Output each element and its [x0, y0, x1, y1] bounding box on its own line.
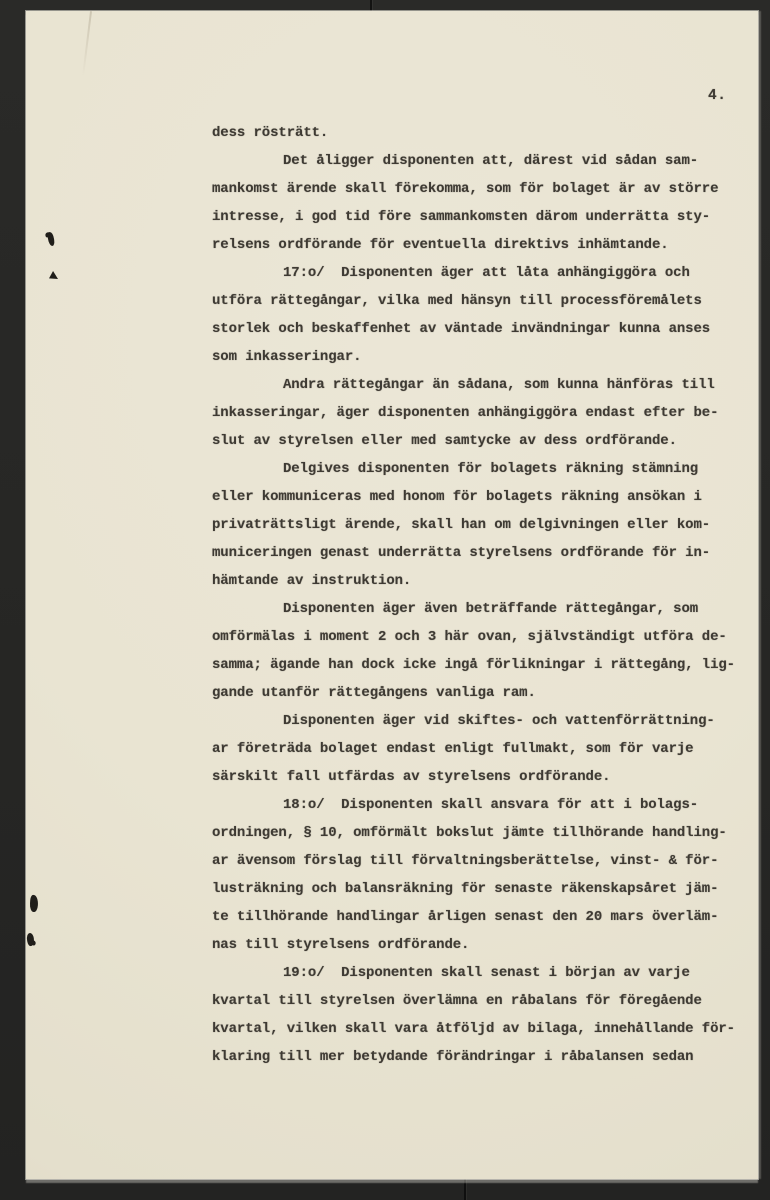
- typewritten-line: lusträkning och balansräkning för senast…: [212, 875, 734, 903]
- typewritten-line: mankomst ärende skall förekomma, som för…: [212, 175, 734, 203]
- margin-ink-mark: [29, 895, 38, 913]
- typewritten-line: nas till styrelsens ordförande.: [212, 931, 734, 959]
- typewritten-line: Disponenten äger vid skiftes- och vatten…: [212, 707, 734, 735]
- typewritten-line: 18:o/ Disponenten skall ansvara för att …: [212, 791, 734, 819]
- typewritten-line: Disponenten äger även beträffande rätteg…: [212, 595, 734, 623]
- typewritten-line: kvartal till styrelsen överlämna en råba…: [212, 987, 734, 1015]
- typewritten-line: slut av styrelsen eller med samtycke av …: [212, 427, 734, 455]
- typewritten-line: dess rösträtt.: [212, 119, 734, 147]
- typewritten-line: kvartal, vilken skall vara åtföljd av bi…: [212, 1015, 734, 1043]
- typewritten-line: särskilt fall utfärdas av styrelsens ord…: [212, 763, 734, 791]
- typewritten-line: Andra rättegångar än sådana, som kunna h…: [212, 371, 734, 399]
- page-number: 4.: [708, 88, 726, 104]
- scanned-document-page: 4. dess rösträtt. Det åligger disponente…: [0, 0, 770, 1200]
- typewritten-line: te tillhörande handlingar årligen senast…: [212, 903, 734, 931]
- paper-fold-mark: [82, 11, 92, 77]
- typewritten-line: storlek och beskaffenhet av väntade invä…: [212, 315, 734, 343]
- typewritten-line: gande utanför rättegångens vanliga ram.: [212, 679, 734, 707]
- typewritten-line: 19:o/ Disponenten skall senast i början …: [212, 959, 734, 987]
- typewritten-line: ar ävensom förslag till förvaltningsberä…: [212, 847, 734, 875]
- typewritten-line: eller kommuniceras med honom för bolaget…: [212, 483, 734, 511]
- typewritten-line: omförmälas i moment 2 och 3 här ovan, sj…: [212, 623, 734, 651]
- typewritten-line: privaträttsligt ärende, skall han om del…: [212, 511, 734, 539]
- typewritten-line: som inkasseringar.: [212, 343, 734, 371]
- margin-ink-mark: [49, 271, 58, 279]
- typewritten-line: hämtande av instruktion.: [212, 567, 734, 595]
- typewritten-line: 17:o/ Disponenten äger att låta anhängig…: [212, 259, 734, 287]
- typewritten-text-block: dess rösträtt. Det åligger disponenten a…: [212, 119, 734, 1071]
- typewritten-line: ordningen, § 10, omförmält bokslut jämte…: [212, 819, 734, 847]
- typewritten-line: ar företräda bolaget endast enligt fullm…: [212, 735, 734, 763]
- typewritten-line: intresse, i god tid före sammankomsten d…: [212, 203, 734, 231]
- margin-ink-mark: [47, 232, 55, 247]
- margin-ink-mark: [26, 932, 35, 946]
- typewritten-line: inkasseringar, äger disponenten anhängig…: [212, 399, 734, 427]
- typewritten-line: Delgives disponenten för bolagets räknin…: [212, 455, 734, 483]
- paper-sheet: 4. dess rösträtt. Det åligger disponente…: [26, 11, 758, 1179]
- typewritten-line: municeringen genast underrätta styrelsen…: [212, 539, 734, 567]
- backing-crease-bottom: [464, 1176, 466, 1200]
- typewritten-line: samma; ägande han dock icke ingå förlikn…: [212, 651, 734, 679]
- typewritten-line: relsens ordförande för eventuella direkt…: [212, 231, 734, 259]
- typewritten-line: Det åligger disponenten att, därest vid …: [212, 147, 734, 175]
- typewritten-line: klaring till mer betydande förändringar …: [212, 1043, 734, 1071]
- typewritten-line: utföra rättegångar, vilka med hänsyn til…: [212, 287, 734, 315]
